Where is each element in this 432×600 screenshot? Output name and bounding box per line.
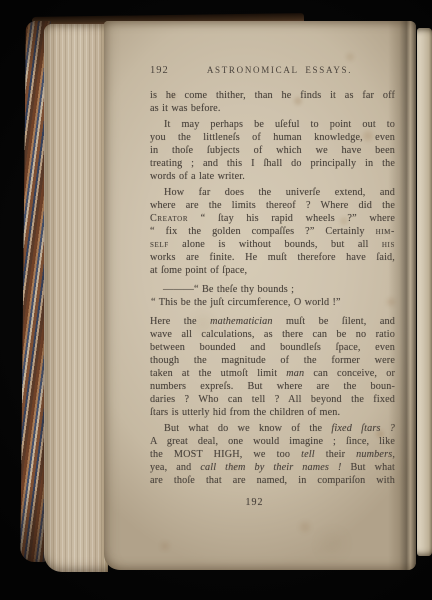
text-line: in thoſe ſubjects of which we have been [150, 144, 395, 157]
body-text: works are finite. He muſt therefore have… [150, 252, 395, 263]
text-line: though the magnitude of the former were [150, 354, 395, 367]
text-line: you the littleneſs of human knowledge, e… [150, 131, 395, 144]
text-line: It may perhaps be uſeful to point out to [150, 118, 395, 131]
italic-text: mathematician [210, 316, 273, 327]
body-text: though the magnitude of the former were [150, 355, 395, 366]
body-text: at ſome point of ſpace, [150, 265, 247, 276]
body-text: “ This be the juſt circumference, O worl… [151, 297, 341, 308]
text-paragraph: is he come thither, than he finds it as … [150, 89, 395, 115]
text-line: wave all calculations, as there can be n… [150, 328, 395, 341]
facing-page-edge [417, 28, 432, 556]
text-line: where are the limits thereof ? Where did… [150, 199, 395, 212]
text-line: yea, and call them by their names ! But … [150, 461, 395, 474]
text-line: the MOST HIGH, we too tell their numbers… [150, 448, 395, 461]
text-line: But what do we know of the fixed ſtars ? [150, 422, 395, 435]
text-line: works are finite. He muſt therefore have… [150, 251, 395, 264]
body-text: words of a late writer. [150, 171, 245, 182]
page-header: 192 ASTRONOMICAL ESSAYS. [150, 65, 395, 79]
italic-text: man [286, 368, 304, 379]
text-line: is he come thither, than he finds it as … [150, 89, 395, 102]
running-title: ASTRONOMICAL ESSAYS. [150, 65, 395, 75]
text-paragraph: How far does the univerſe extend, andwhe… [150, 186, 395, 277]
text-line: taken at the utmoſt limit man can concei… [150, 367, 395, 380]
body-text: are thoſe that are named, in compariſon … [150, 475, 395, 486]
verse-quote: ———“ Be theſe thy bounds ;“ This be the … [150, 283, 395, 309]
body-text: you the littleneſs of human knowledge, e… [150, 132, 395, 143]
body-text: ———“ Be theſe thy bounds ; [163, 284, 294, 295]
text-line: “ fix the golden compaſſes ?” Certainly … [150, 225, 395, 238]
small-caps-text: Creator [150, 213, 188, 224]
body-text: daries ? Who can tell ? All beyond the f… [150, 394, 395, 405]
body-text: as it was before. [150, 103, 221, 114]
book-page: 192 ASTRONOMICAL ESSAYS. is he come thit… [104, 21, 416, 570]
text-line: treating ; and this I ſhall do principal… [150, 157, 395, 170]
body-text: But what do we know of the [164, 423, 331, 434]
text-block: is he come thither, than he finds it as … [150, 89, 395, 487]
body-text: the MOST HIGH, we too [150, 449, 301, 460]
body-text: muſt be ſilent, and [273, 316, 395, 327]
italic-text: call them by their names ! [200, 462, 341, 473]
body-text: treating ; and this I ſhall do principal… [150, 158, 395, 169]
body-text: It may perhaps be uſeful to point out to [164, 119, 395, 130]
body-text: ſtars is utterly hid from the children o… [150, 407, 340, 418]
text-line: How far does the univerſe extend, and [150, 186, 395, 199]
body-text: where are the limits thereof ? Where did… [150, 200, 395, 211]
body-text: alone is without bounds, but all [169, 239, 382, 250]
text-line: A great deal, one would imagine ; ſince,… [150, 435, 395, 448]
text-line: are thoſe that are named, in compariſon … [150, 474, 395, 487]
page-footer: 192 [150, 497, 395, 508]
body-text: Here the [150, 316, 210, 327]
body-text: “ fix the golden compaſſes ?” Certainly [150, 226, 376, 237]
text-line: ———“ Be theſe thy bounds ; [163, 283, 395, 296]
page-number: 192 [150, 65, 169, 76]
text-line: at ſome point of ſpace, [150, 264, 395, 277]
page-fore-edge [44, 24, 108, 572]
footer-page-number: 192 [246, 497, 264, 508]
text-paragraph: But what do we know of the fixed ſtars ?… [150, 422, 395, 487]
text-line: words of a late writer. [150, 170, 395, 183]
gutter-shadow [388, 21, 416, 570]
body-text: A great deal, one would imagine ; ſince,… [150, 436, 395, 447]
body-text: wave all calculations, as there can be n… [150, 329, 395, 340]
body-text: numbers expreſs. But where are the boun- [150, 381, 395, 392]
text-line: daries ? Who can tell ? All beyond the f… [150, 393, 395, 406]
foxing-spots [104, 21, 110, 27]
text-line: between bounded and boundleſs ſpace, eve… [150, 341, 395, 354]
text-line: ſtars is utterly hid from the children o… [150, 406, 395, 419]
text-paragraph: It may perhaps be uſeful to point out to… [150, 118, 395, 183]
body-text: How far does the univerſe extend, and [164, 187, 395, 198]
body-text: yea, and [150, 462, 200, 473]
text-line: self alone is without bounds, but all hi… [150, 238, 395, 251]
text-paragraph: Here the mathematician muſt be ſilent, a… [150, 315, 395, 419]
italic-text: numbers [356, 449, 392, 460]
book-photo: 192 ASTRONOMICAL ESSAYS. is he come thit… [0, 0, 432, 600]
body-text: But what [342, 462, 395, 473]
italic-text: tell [301, 449, 315, 460]
text-line: numbers expreſs. But where are the boun- [150, 380, 395, 393]
body-text: between bounded and boundleſs ſpace, eve… [150, 342, 395, 353]
body-text: taken at the utmoſt limit [150, 368, 286, 379]
small-caps-text: self [150, 239, 169, 250]
text-line: “ This be the juſt circumference, O worl… [151, 296, 395, 309]
body-text: their [315, 449, 356, 460]
text-line: Here the mathematician muſt be ſilent, a… [150, 315, 395, 328]
body-text: can conceive, or [304, 368, 395, 379]
italic-text: fixed ſtars ? [331, 423, 395, 434]
text-line: Creator “ ſtay his rapid wheels ?” where [150, 212, 395, 225]
text-line: as it was before. [150, 102, 395, 115]
body-text: in thoſe ſubjects of which we have been [150, 145, 395, 156]
body-text: “ ſtay his rapid wheels ?” where [188, 213, 395, 224]
body-text: is he come thither, than he finds it as … [150, 90, 395, 101]
